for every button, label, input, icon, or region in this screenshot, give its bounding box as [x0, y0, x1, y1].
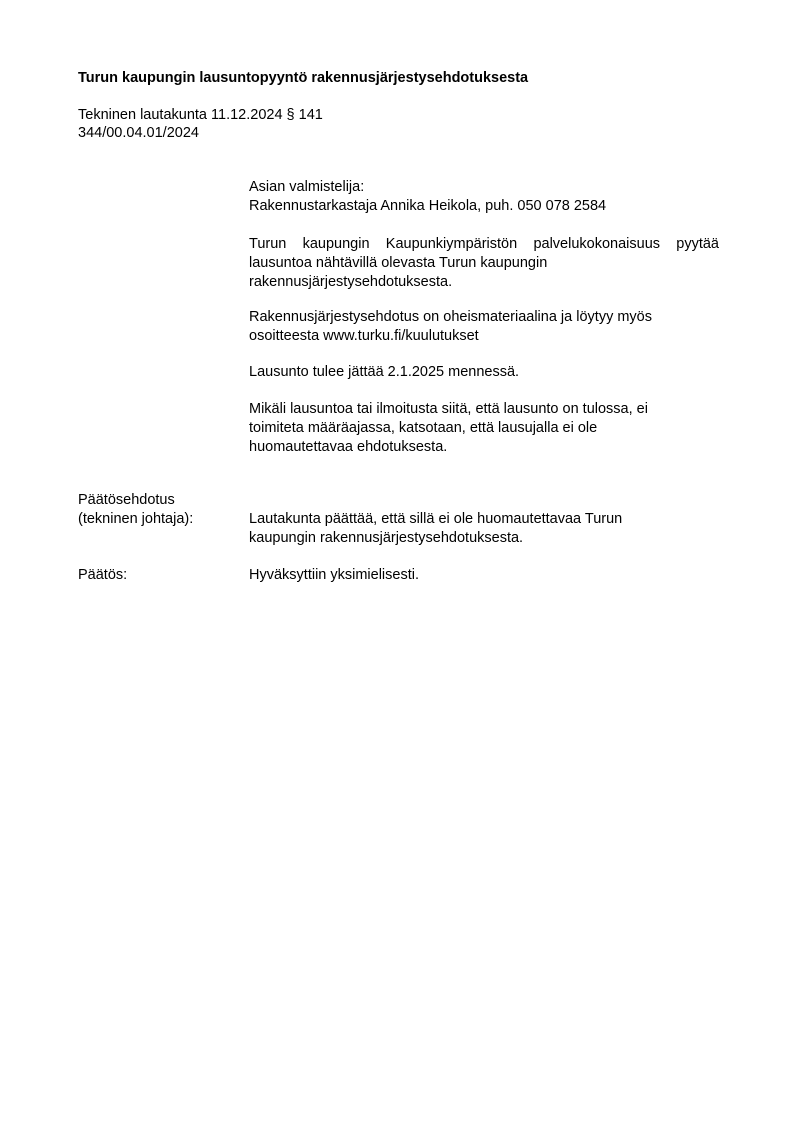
decision-label: Päätös:	[78, 566, 127, 585]
record-number: 344/00.04.01/2024	[78, 124, 199, 143]
paragraph-line: Turun kaupungin Kaupunkiympäristön palve…	[249, 235, 719, 254]
decision-text: Hyväksyttiin yksimielisesti.	[249, 566, 419, 585]
paragraph-line: Mikäli lausuntoa tai ilmoitusta siitä, e…	[249, 400, 719, 419]
paragraph-attachment: Rakennusjärjestysehdotus on oheismateria…	[249, 308, 719, 346]
paragraph-no-response: Mikäli lausuntoa tai ilmoitusta siitä, e…	[249, 400, 719, 457]
paragraph-line: Lautakunta päättää, että sillä ei ole hu…	[249, 510, 719, 529]
proposal-label: Päätösehdotus	[78, 491, 175, 510]
preparer-line: Rakennustarkastaja Annika Heikola, puh. …	[249, 197, 606, 216]
document-title: Turun kaupungin lausuntopyyntö rakennusj…	[78, 69, 528, 88]
paragraph-line: huomautettavaa ehdotuksesta.	[249, 438, 719, 457]
paragraph-line: Lausunto tulee jättää 2.1.2025 mennessä.	[249, 363, 719, 382]
paragraph-line: kaupungin rakennusjärjestysehdotuksesta.	[249, 529, 719, 548]
paragraph-deadline: Lausunto tulee jättää 2.1.2025 mennessä.	[249, 363, 719, 382]
preparer-label: Asian valmistelija:	[249, 178, 364, 197]
meeting-line: Tekninen lautakunta 11.12.2024 § 141	[78, 106, 323, 125]
paragraph-line: Rakennusjärjestysehdotus on oheismateria…	[249, 308, 719, 327]
paragraph-request: Turun kaupungin Kaupunkiympäristön palve…	[249, 235, 719, 292]
proposal-label-author: (tekninen johtaja):	[78, 510, 193, 529]
paragraph-line: toimiteta määräajassa, katsotaan, että l…	[249, 419, 719, 438]
proposal-text: Lautakunta päättää, että sillä ei ole hu…	[249, 510, 719, 548]
paragraph-line: lausuntoa nähtävillä olevasta Turun kaup…	[249, 254, 719, 273]
paragraph-line: osoitteesta www.turku.fi/kuulutukset	[249, 327, 719, 346]
paragraph-line: rakennusjärjestysehdotuksesta.	[249, 273, 719, 292]
